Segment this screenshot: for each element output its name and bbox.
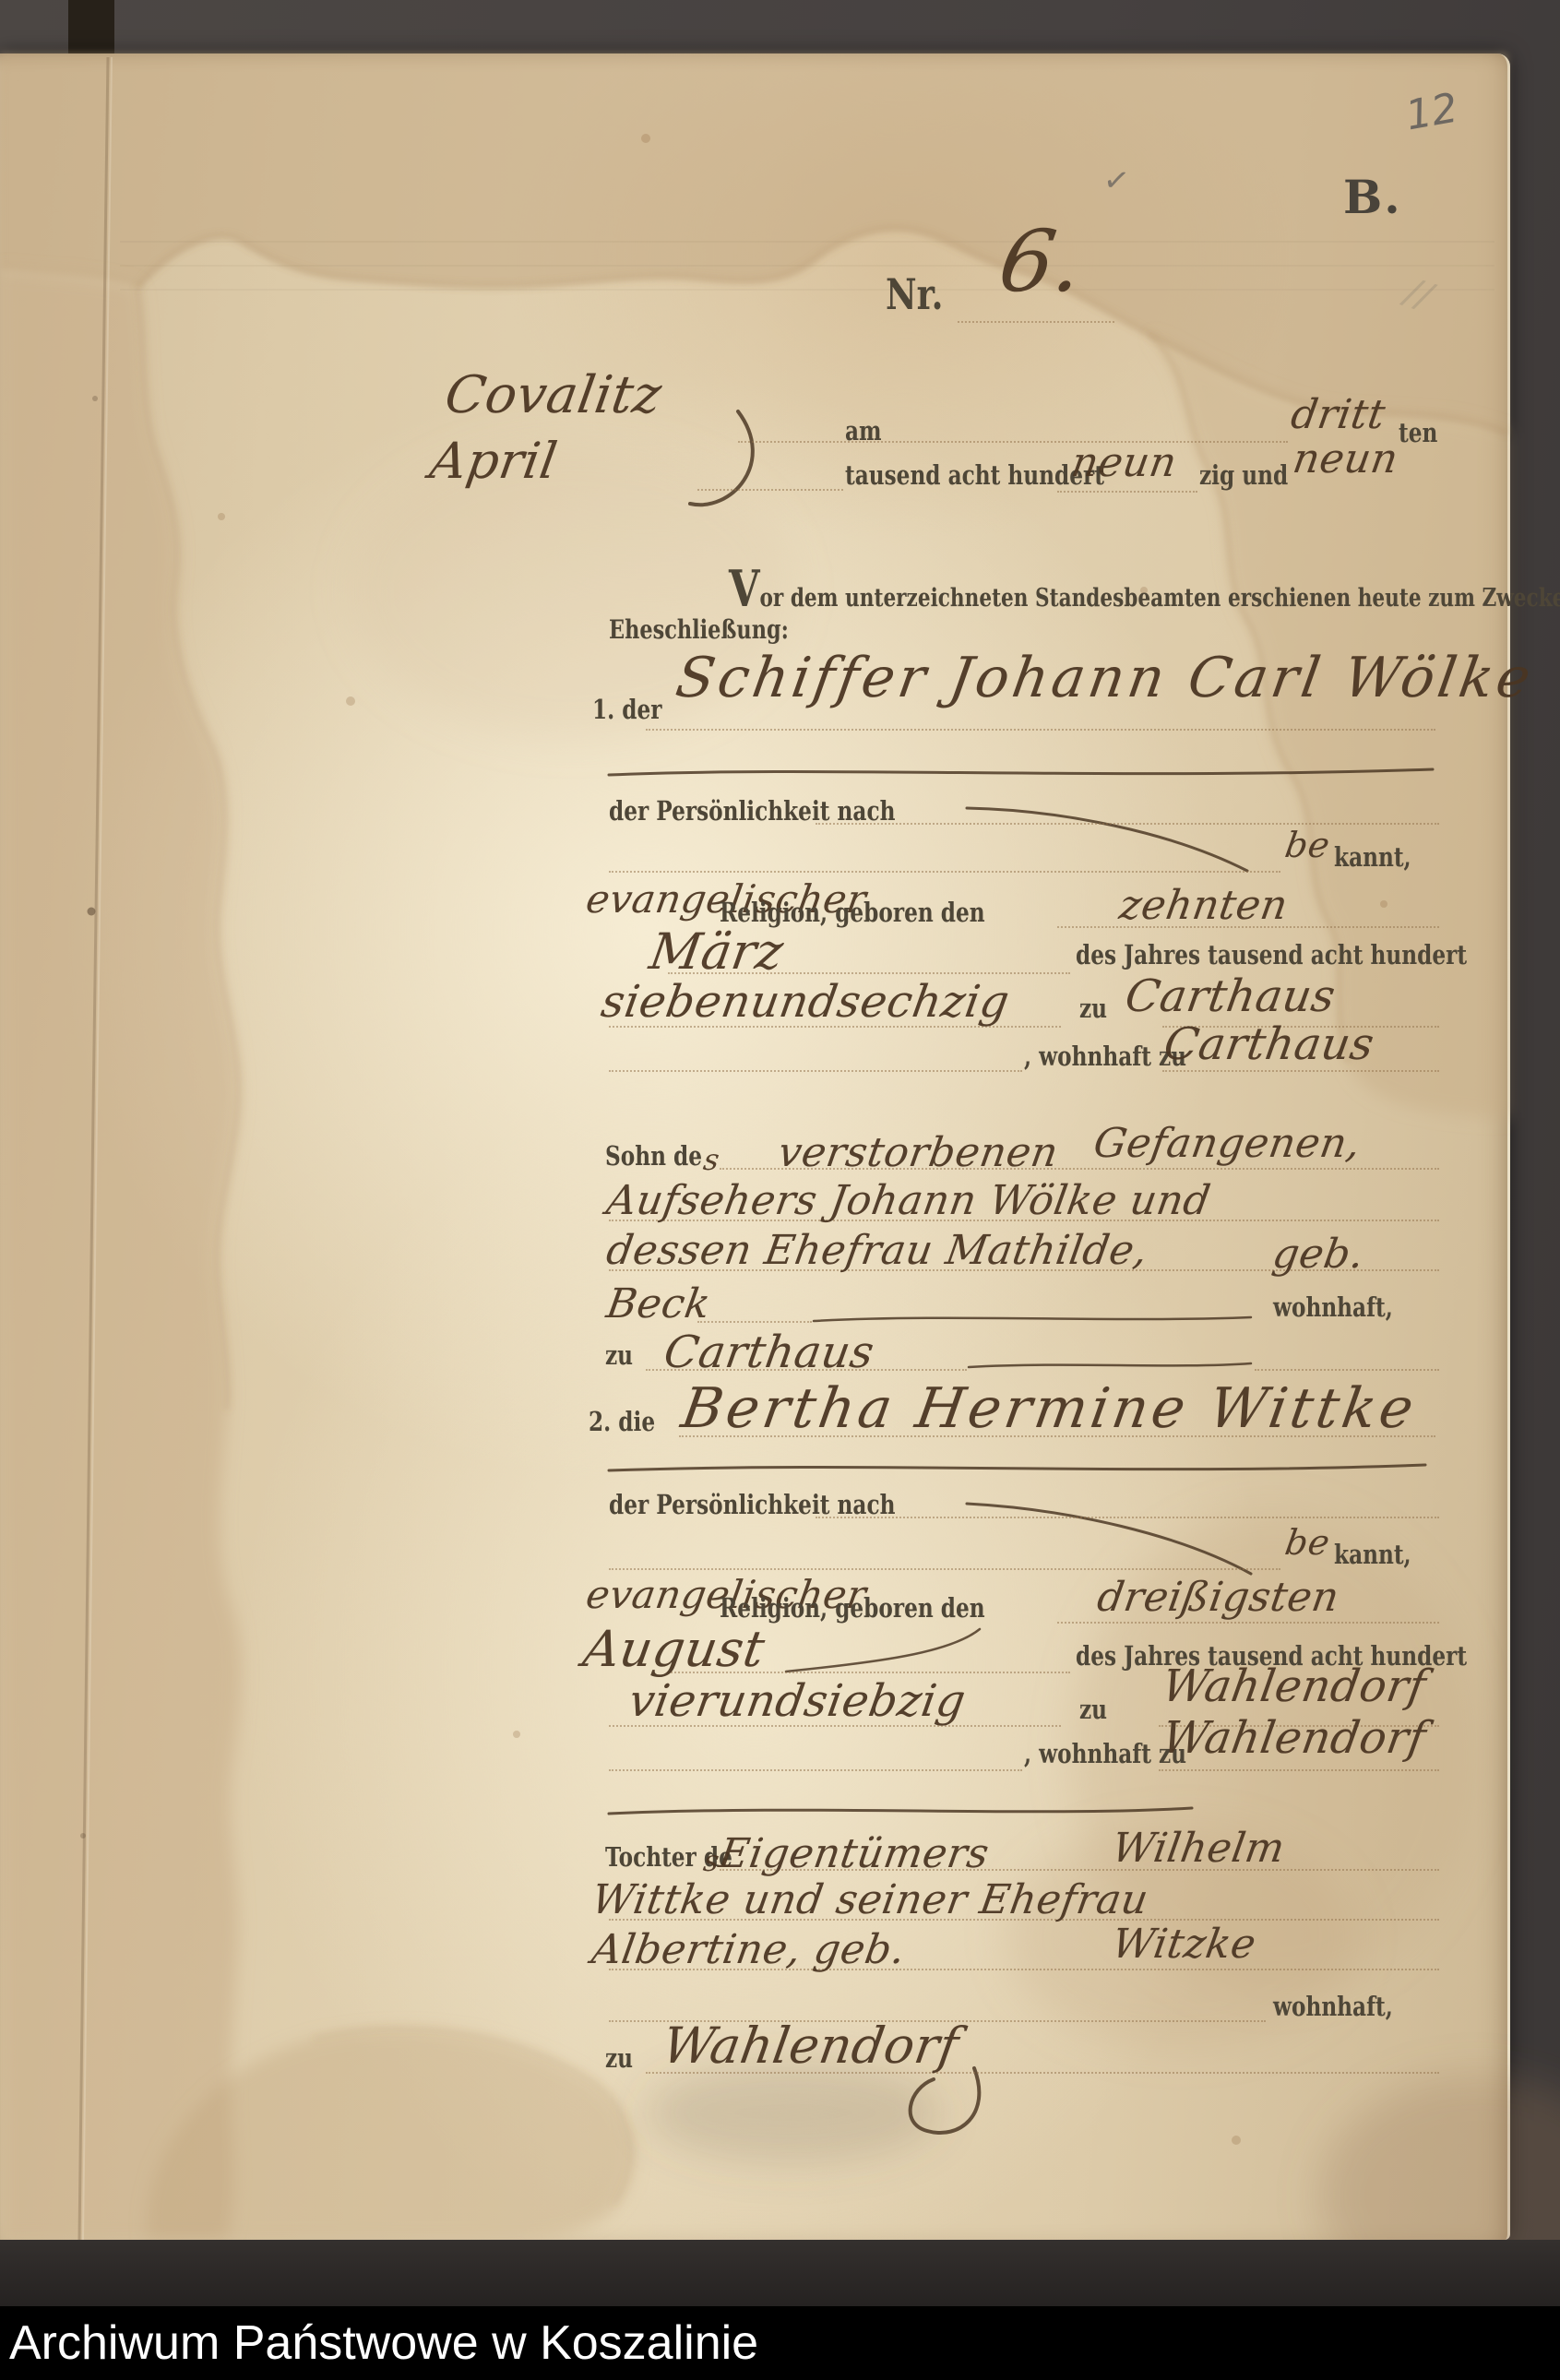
record-number-label: Nr.	[886, 269, 958, 319]
registration-day: dritt	[1288, 391, 1381, 438]
groom-geb-hand: geb.	[1269, 1231, 1360, 1278]
groom-parents-line2: Aufsehers Johann Wölke und	[603, 1177, 1207, 1224]
bride-known-hand: be	[1282, 1522, 1327, 1563]
groom-parents-line3: dessen Ehefrau Mathilde,	[603, 1227, 1144, 1274]
groom-zu-label: zu	[1079, 993, 1114, 1024]
groom-birth-year: siebenundsechzig	[598, 976, 1005, 1028]
scan-background-lower	[0, 2240, 1560, 2306]
bride-wohnhaft-label: wohnhaft,	[1273, 1991, 1423, 2022]
intro-line-2: Eheschließung:	[609, 614, 834, 645]
scanned-register-page: B. 12 ✓ // Nr. 6. Covalitz am dritt ten …	[0, 0, 1560, 2380]
bride-name: Bertha Hermine Wittke	[677, 1376, 1411, 1441]
bride-zu-label: zu	[1079, 1694, 1114, 1725]
bride-parents-line3: Albertine, geb.	[589, 1926, 901, 1973]
bride-parentage-suffix: s	[701, 1843, 717, 1878]
registration-place: Covalitz	[441, 365, 656, 425]
bride-residence: Wahlendorf	[1159, 1712, 1422, 1764]
book-cover-edge	[68, 0, 114, 57]
groom-birth-day: zehnten	[1116, 882, 1283, 929]
archive-caption: Archiwum Państwowe w Koszalinie	[9, 2315, 758, 2371]
bride-parents-line1a: Eigentümers	[716, 1830, 985, 1877]
am-label: am	[845, 415, 890, 446]
bride-parents-line2: Wittke und seiner Ehefrau	[589, 1876, 1144, 1923]
bride-parents-line1b: Wilhelm	[1109, 1825, 1280, 1872]
bride-zu-label-2: zu	[605, 2042, 640, 2074]
groom-birth-year-label: des Jahres tausend acht hundert	[1076, 939, 1560, 970]
groom-index-label: 1. der	[592, 694, 679, 725]
registration-month: April	[426, 432, 552, 490]
groom-mother-maiden: Beck	[603, 1280, 707, 1327]
bride-mother-maiden: Witzke	[1109, 1921, 1252, 1968]
bride-religion-label: Religion, geboren den	[720, 1592, 1052, 1624]
groom-birth-month: März	[646, 922, 779, 981]
groom-residence: Carthaus	[1161, 1018, 1370, 1070]
bride-parents-residence: Wahlendorf	[659, 2017, 954, 2075]
groom-parents-line1b: Gefangenen,	[1090, 1120, 1356, 1167]
groom-known-label: kannt,	[1334, 841, 1431, 873]
groom-known-hand: be	[1282, 825, 1327, 865]
intro-line-1: Vor dem unterzeichneten Standesbeamten e…	[729, 559, 1560, 618]
bride-birth-day: dreißigsten	[1094, 1574, 1335, 1621]
bride-index-label: 2. die	[589, 1406, 672, 1437]
pencil-page-number: 12	[1402, 85, 1461, 140]
bride-identity-label: der Persönlichkeit nach	[609, 1489, 967, 1520]
groom-zu-label-2: zu	[605, 1339, 640, 1371]
bride-birth-month: August	[579, 1620, 760, 1678]
record-number-value: 6.	[993, 212, 1075, 311]
pencil-check-icon: ✓	[1101, 161, 1132, 201]
bride-known-label: kannt,	[1334, 1539, 1431, 1570]
bride-birth-year: vierundsiebzig	[625, 1675, 961, 1727]
groom-parents-residence: Carthaus	[661, 1327, 870, 1378]
year-tens: neun	[1068, 439, 1173, 486]
groom-identity-label: der Persönlichkeit nach	[609, 795, 967, 827]
groom-parents-line1a: verstorbenen	[775, 1129, 1054, 1176]
section-letter-stamp: B.	[1343, 170, 1402, 224]
archive-caption-bar: Archiwum Państwowe w Koszalinie	[0, 2306, 1560, 2380]
groom-birth-place: Carthaus	[1122, 970, 1331, 1022]
year-ones: neun	[1290, 435, 1394, 482]
bride-birth-place: Wahlendorf	[1159, 1660, 1422, 1712]
groom-wohnhaft-label: wohnhaft,	[1273, 1291, 1423, 1323]
groom-parentage-suffix: s	[701, 1142, 717, 1177]
groom-name: Schiffer Johann Carl Wölke	[672, 646, 1529, 710]
day-suffix-label: ten	[1399, 417, 1447, 448]
